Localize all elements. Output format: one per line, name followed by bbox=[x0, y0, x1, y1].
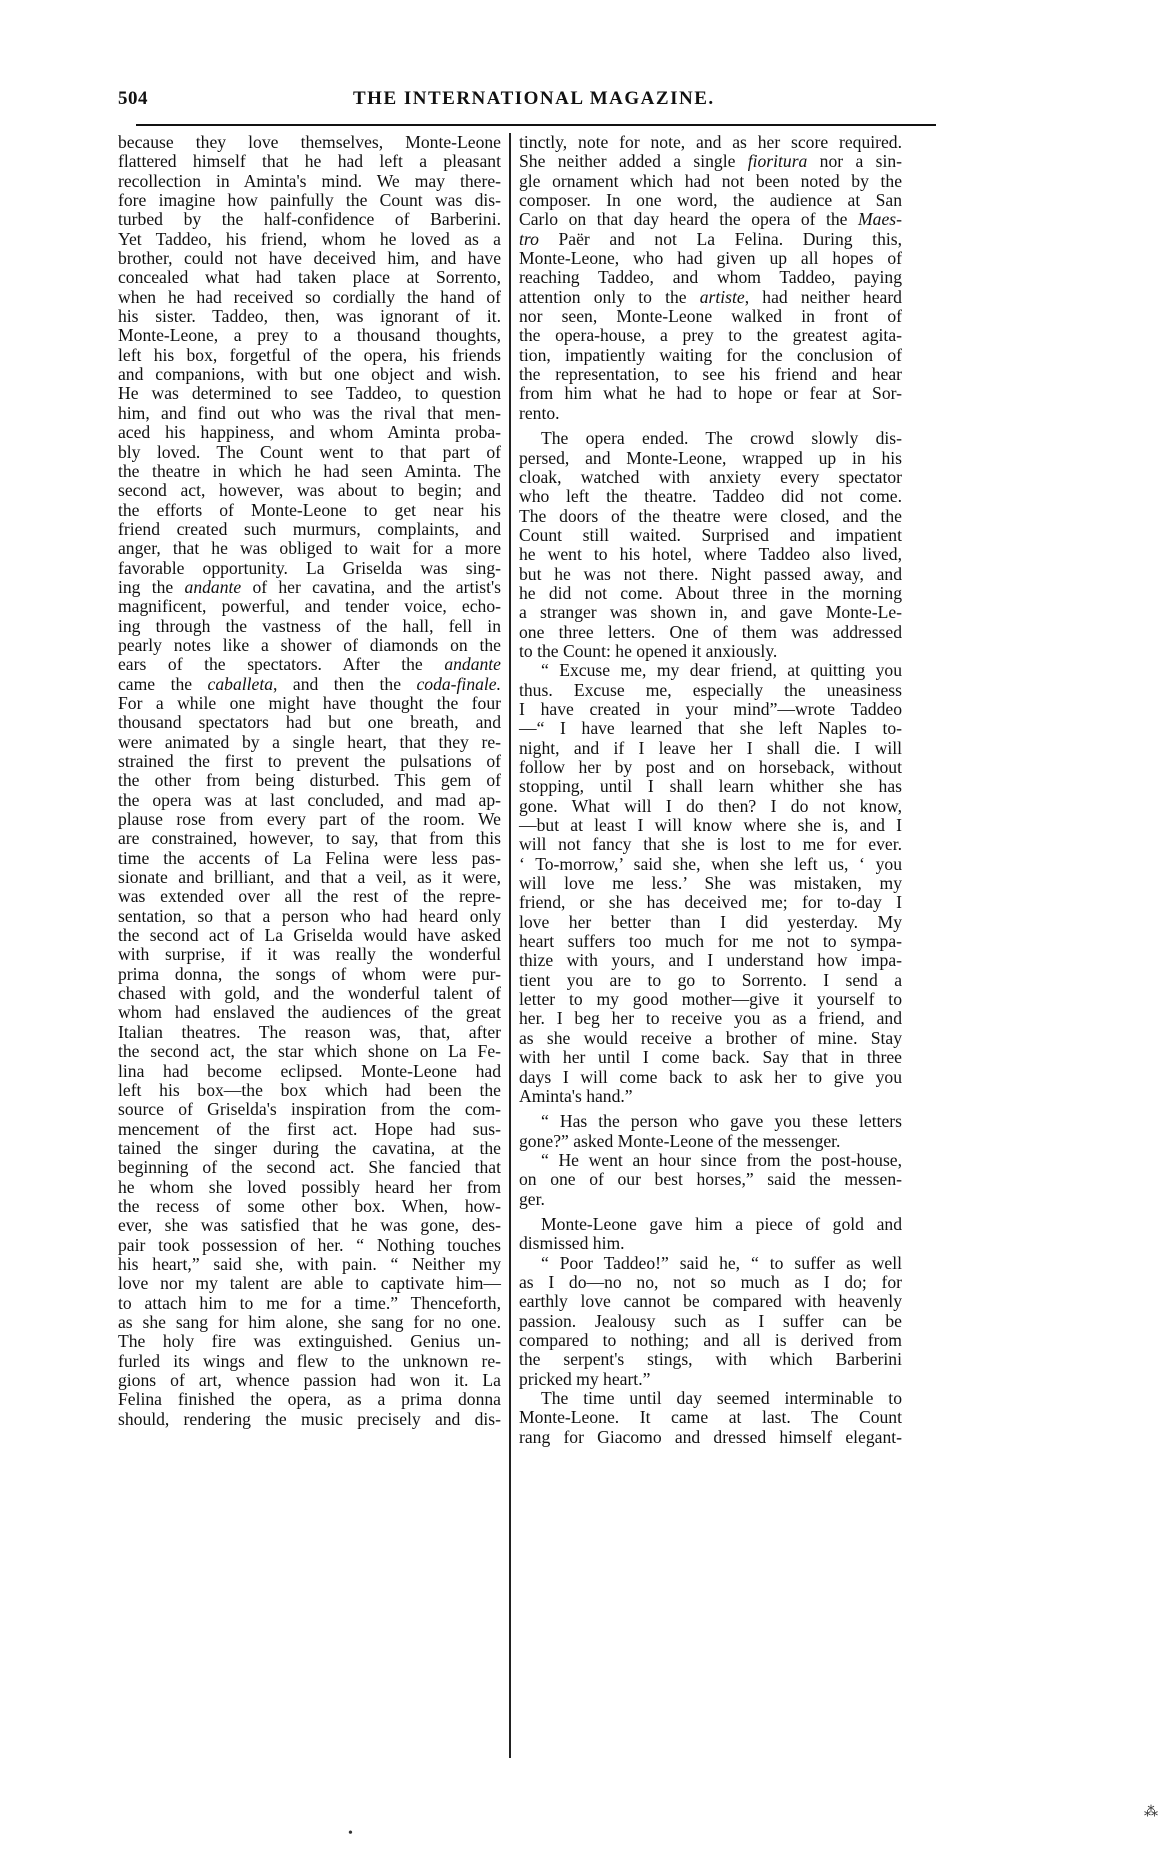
left-column-text-line: turbed by the half-confidence of Barberi… bbox=[118, 210, 501, 229]
left-column-text-line: the recess of some other box. When, how- bbox=[118, 1197, 501, 1216]
right-column-text-line: night, and if I leave her I shall die. I… bbox=[519, 739, 902, 758]
left-column-text-line: to attach him to me for a time.” Thencef… bbox=[118, 1294, 501, 1313]
left-column-text-line: thousand spectators had but one breath, … bbox=[118, 713, 501, 732]
left-column-text-line: For a while one might have thought the f… bbox=[118, 694, 501, 713]
left-column-text-line: the opera was at last concluded, and mad… bbox=[118, 791, 501, 810]
right-column-text-line: the serpent's stings, with which Barberi… bbox=[519, 1350, 902, 1369]
right-column-text-line: tinctly, note for note, and as her score… bbox=[519, 133, 902, 152]
left-column-text-line: plause rose from every part of the room.… bbox=[118, 810, 501, 829]
italic-term: caballeta bbox=[208, 674, 273, 694]
right-column-text-line: tion, impatiently waiting for the conclu… bbox=[519, 346, 902, 365]
right-column-text-line: but he was not there. Night passed away,… bbox=[519, 565, 902, 584]
left-column-text-line: were animated by a single heart, that th… bbox=[118, 733, 501, 752]
right-column-text-line: “ Poor Taddeo!” said he, “ to suffer as … bbox=[519, 1254, 902, 1273]
left-column-text-line: Italian theatres. The reason was, that, … bbox=[118, 1023, 501, 1042]
right-column-text-line: “ He went an hour since from the post-ho… bbox=[519, 1151, 902, 1170]
right-column-text-line: to the Count: he opened it anxiously. bbox=[519, 642, 902, 661]
left-column-text-line: second act, however, was about to begin;… bbox=[118, 481, 501, 500]
right-column-text-line: I have created in your mind”—wrote Tadde… bbox=[519, 700, 902, 719]
left-column-text-line: ing through the vastness of the hall, fe… bbox=[118, 617, 501, 636]
right-column-text-line: one three letters. One of them was addre… bbox=[519, 623, 902, 642]
right-column-text-line: Count still waited. Surprised and impati… bbox=[519, 526, 902, 545]
right-column-text-line: pricked my heart.” bbox=[519, 1370, 902, 1389]
left-column-text-line: time the accents of La Felina were less … bbox=[118, 849, 501, 868]
right-column-text-line: She neither added a single fioritura nor… bbox=[519, 152, 902, 171]
right-column-text-line: with her until I come back. Say that in … bbox=[519, 1048, 902, 1067]
left-column-text-line: the other from being disturbed. This gem… bbox=[118, 771, 501, 790]
left-column-text-line: as she sang for him alone, she sang for … bbox=[118, 1313, 501, 1332]
right-column-text-line: stopping, until I shall learn whither sh… bbox=[519, 777, 902, 796]
right-column-text-line: he went to his hotel, where Taddeo also … bbox=[519, 545, 902, 564]
left-column-text-line: him, and find out who was the rival that… bbox=[118, 404, 501, 423]
right-column-text-line: as I do—no no, not so much as I do; for bbox=[519, 1273, 902, 1292]
right-column-text-line: The time until day seemed interminable t… bbox=[519, 1389, 902, 1408]
left-column-text-line: friend created such murmurs, complaints,… bbox=[118, 520, 501, 539]
left-column-text-line: Yet Taddeo, his friend, whom he loved as… bbox=[118, 230, 501, 249]
right-column-text-line: days I will come back to ask her to give… bbox=[519, 1068, 902, 1087]
left-column-text-line: The holy fire was extinguished. Genius u… bbox=[118, 1332, 501, 1351]
italic-term: andante bbox=[444, 654, 501, 674]
left-column-text-line: pearly notes like a shower of diamonds o… bbox=[118, 636, 501, 655]
right-column-text-line: —“ I have learned that she left Naples t… bbox=[519, 719, 902, 738]
print-speck: • bbox=[348, 1826, 353, 1842]
left-column-text-line: pair took possession of her. “ Nothing t… bbox=[118, 1236, 501, 1255]
left-column-text-line: sentation, so that a person who had hear… bbox=[118, 907, 501, 926]
left-column-text-line: left his box—the box which had been the bbox=[118, 1081, 501, 1100]
header-rule bbox=[136, 124, 936, 126]
right-column-text-line: reaching Taddeo, and whom Taddeo, paying bbox=[519, 268, 902, 287]
left-column-text-line: strained the first to prevent the pulsat… bbox=[118, 752, 501, 771]
right-column-text-line: Carlo on that day heard the opera of the… bbox=[519, 210, 902, 229]
right-column-text-line: persed, and Monte-Leone, wrapped up in h… bbox=[519, 449, 902, 468]
left-column-text-line: Felina finished the opera, as a prima do… bbox=[118, 1390, 501, 1409]
left-column-text-line: fore imagine how painfully the Count was… bbox=[118, 191, 501, 210]
right-column-text-line: friend, or she has deceived me; for to-d… bbox=[519, 893, 902, 912]
right-column-text-line: earthly love cannot be compared with hea… bbox=[519, 1292, 902, 1311]
right-column-text-line: The opera ended. The crowd slowly dis- bbox=[519, 429, 902, 448]
page-number: 504 bbox=[118, 88, 148, 110]
right-column-text-line: “ Has the person who gave you these lett… bbox=[519, 1112, 902, 1131]
left-column-text-line: the second act of La Griselda would have… bbox=[118, 926, 501, 945]
right-column-text-line: nor seen, Monte-Leone walked in front of bbox=[519, 307, 902, 326]
right-column-text-line: gone?” asked Monte-Leone of the messenge… bbox=[519, 1132, 902, 1151]
left-column-text-line: aced his happiness, and whom Aminta prob… bbox=[118, 423, 501, 442]
right-column-text-line: The doors of the theatre were closed, an… bbox=[519, 507, 902, 526]
right-column-text-line: thus. Excuse me, especially the uneasine… bbox=[519, 681, 902, 700]
left-column-text-line: are constrained, however, to say, that f… bbox=[118, 829, 501, 848]
left-column-text-line: beginning of the second act. She fancied… bbox=[118, 1158, 501, 1177]
right-column-text-line: will love me less.’ She was mistaken, my bbox=[519, 874, 902, 893]
right-column-text-line: passion. Jealousy such as I suffer can b… bbox=[519, 1312, 902, 1331]
left-column-text-line: gions of art, whence passion had won it.… bbox=[118, 1371, 501, 1390]
right-column-text-line: follow her by post and on horseback, wit… bbox=[519, 758, 902, 777]
right-column-text-line: gle ornament which had not been noted by… bbox=[519, 172, 902, 191]
right-column-text-line: her. I beg her to receive you as a frien… bbox=[519, 1009, 902, 1028]
right-column-text-line: tro Paër and not La Felina. During this, bbox=[519, 230, 902, 249]
right-column-text-line: rento. bbox=[519, 404, 902, 423]
left-column-text-line: flattered himself that he had left a ple… bbox=[118, 152, 501, 171]
right-column-text-line: —but at least I will know where she is, … bbox=[519, 816, 902, 835]
right-column-text-line: cloak, watched with anxiety every specta… bbox=[519, 468, 902, 487]
right-column-text-line: from him what he had to hope or fear at … bbox=[519, 384, 902, 403]
left-column-text-line: the second act, the star which shone on … bbox=[118, 1042, 501, 1061]
left-column-text-line: his sister. Taddeo, then, was ignorant o… bbox=[118, 307, 501, 326]
left-column-text-line: whom had enslaved the audiences of the g… bbox=[118, 1003, 501, 1022]
left-column-text-line: He was determined to see Taddeo, to ques… bbox=[118, 384, 501, 403]
left-column-text-line: was extended over all the rest of the re… bbox=[118, 887, 501, 906]
italic-term: artiste bbox=[700, 287, 745, 307]
left-column-text-line: sionate and brilliant, and that a veil, … bbox=[118, 868, 501, 887]
right-column-text-line: Aminta's hand.” bbox=[519, 1087, 902, 1106]
left-column-text-line: lina had become eclipsed. Monte-Leone ha… bbox=[118, 1062, 501, 1081]
left-column-text-line: chased with gold, and the wonderful tale… bbox=[118, 984, 501, 1003]
right-column-text-line: love her better than I did yesterday. My bbox=[519, 913, 902, 932]
left-column-text-line: love nor my talent are able to captivate… bbox=[118, 1274, 501, 1293]
right-column-text-line: will not fancy that she is lost to me fo… bbox=[519, 835, 902, 854]
right-column-text-line: Monte-Leone, who had given up all hopes … bbox=[519, 249, 902, 268]
left-column-text-line: Monte-Leone, a prey to a thousand though… bbox=[118, 326, 501, 345]
italic-term: coda-finale. bbox=[416, 674, 501, 694]
right-column-text-line: he did not come. About three in the morn… bbox=[519, 584, 902, 603]
left-column-text-line: magnificent, powerful, and tender voice,… bbox=[118, 597, 501, 616]
print-speck: ⁂ bbox=[1144, 1804, 1158, 1821]
left-column-text-line: and companions, with but one object and … bbox=[118, 365, 501, 384]
italic-term: Maes- bbox=[858, 209, 902, 229]
right-column-text-line: Monte-Leone. It came at last. The Count bbox=[519, 1408, 902, 1427]
left-column-text-line: favorable opportunity. La Griselda was s… bbox=[118, 559, 501, 578]
italic-term: andante bbox=[185, 577, 242, 597]
left-column-text-line: came the caballeta, and then the coda-fi… bbox=[118, 675, 501, 694]
left-column-text-line: the efforts of Monte-Leone to get near h… bbox=[118, 501, 501, 520]
left-column-text-line: ever, she was satisfied that he was gone… bbox=[118, 1216, 501, 1235]
left-column-text-line: bly loved. The Count went to that part o… bbox=[118, 443, 501, 462]
left-column-text-line: source of Griselda's inspiration from th… bbox=[118, 1100, 501, 1119]
left-column-text-line: because they love themselves, Monte-Leon… bbox=[118, 133, 501, 152]
left-column-text-line: when he had received so cordially the ha… bbox=[118, 288, 501, 307]
left-column-text-line: furled its wings and flew to the unknown… bbox=[118, 1352, 501, 1371]
right-column-text-line: heart suffers too much for me not to sym… bbox=[519, 932, 902, 951]
left-column-text-line: mencement of the first act. Hope had sus… bbox=[118, 1120, 501, 1139]
right-column-text-line: composer. In one word, the audience at S… bbox=[519, 191, 902, 210]
right-column-text-line: on one of our best horses,” said the mes… bbox=[519, 1170, 902, 1189]
italic-term: fioritura bbox=[748, 151, 808, 171]
left-column-text-line: ing the andante of her cavatina, and the… bbox=[118, 578, 501, 597]
right-column-text-line: thize with yours, and I understand how i… bbox=[519, 951, 902, 970]
right-column-text-line: the opera-house, a prey to the greatest … bbox=[519, 326, 902, 345]
left-column: because they love themselves, Monte-Leon… bbox=[118, 133, 509, 1758]
left-column-text-line: with surprise, if it was really the wond… bbox=[118, 945, 501, 964]
left-column-text-line: recollection in Aminta's mind. We may th… bbox=[118, 172, 501, 191]
right-column-text-line: rang for Giacomo and dressed himself ele… bbox=[519, 1428, 902, 1447]
right-column-text-line: compared to nothing; and all is derived … bbox=[519, 1331, 902, 1350]
text-columns: because they love themselves, Monte-Leon… bbox=[118, 133, 924, 1758]
italic-term: tro bbox=[519, 229, 539, 249]
right-column: tinctly, note for note, and as her score… bbox=[511, 133, 902, 1758]
left-column-text-line: anger, that he was obliged to wait for a… bbox=[118, 539, 501, 558]
right-column-text-line: ger. bbox=[519, 1190, 902, 1209]
right-column-text-line: Monte-Leone gave him a piece of gold and bbox=[519, 1215, 902, 1234]
left-column-text-line: prima donna, the songs of whom were pur- bbox=[118, 965, 501, 984]
magazine-page: 504 THE INTERNATIONAL MAGAZINE. because … bbox=[118, 84, 924, 118]
page-header: 504 THE INTERNATIONAL MAGAZINE. bbox=[118, 84, 924, 118]
right-column-text-line: “ Excuse me, my dear friend, at quitting… bbox=[519, 661, 902, 680]
left-column-text-line: should, rendering the music precisely an… bbox=[118, 1410, 501, 1429]
right-column-text-line: ‘ To-morrow,’ said she, when she left us… bbox=[519, 855, 902, 874]
right-column-text-line: attention only to the artiste, had neith… bbox=[519, 288, 902, 307]
left-column-text-line: the theatre in which he had seen Aminta.… bbox=[118, 462, 501, 481]
right-column-text-line: who left the theatre. Taddeo did not com… bbox=[519, 487, 902, 506]
left-column-text-line: tained the singer during the cavatina, a… bbox=[118, 1139, 501, 1158]
left-column-text-line: left his box, forgetful of the opera, hi… bbox=[118, 346, 501, 365]
left-column-text-line: concealed what had taken place at Sorren… bbox=[118, 268, 501, 287]
right-column-text-line: letter to my good mother—give it yoursel… bbox=[519, 990, 902, 1009]
right-column-text-line: tient you are to go to Sorrento. I send … bbox=[519, 971, 902, 990]
right-column-text-line: a stranger was shown in, and gave Monte-… bbox=[519, 603, 902, 622]
right-column-text-line: as she would receive a brother of mine. … bbox=[519, 1029, 902, 1048]
right-column-text-line: the representation, to see his friend an… bbox=[519, 365, 902, 384]
left-column-text-line: his heart,” said she, with pain. “ Neith… bbox=[118, 1255, 501, 1274]
left-column-text-line: he whom she loved possibly heard her fro… bbox=[118, 1178, 501, 1197]
running-title: THE INTERNATIONAL MAGAZINE. bbox=[353, 88, 715, 110]
right-column-text-line: dismissed him. bbox=[519, 1234, 902, 1253]
left-column-text-line: brother, could not have deceived him, an… bbox=[118, 249, 501, 268]
left-column-text-line: ears of the spectators. After the andant… bbox=[118, 655, 501, 674]
right-column-text-line: gone. What will I do then? I do not know… bbox=[519, 797, 902, 816]
